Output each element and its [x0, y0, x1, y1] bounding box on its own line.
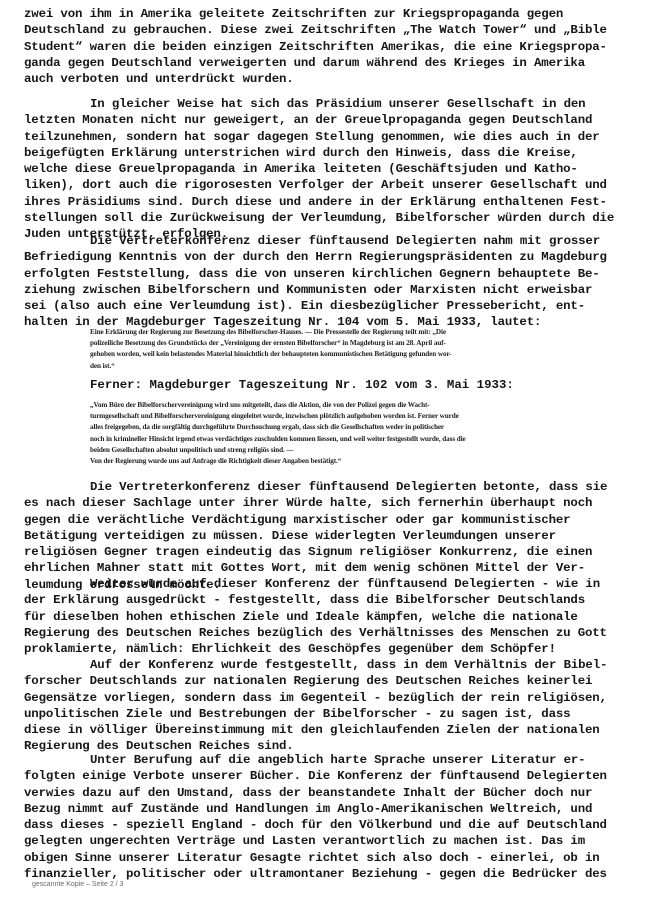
paragraph-praesidium: In gleicher Weise hat sich das Präsidium… — [24, 96, 644, 243]
text-line: proklamierte, nämlich: Ehrlichkeit des G… — [24, 641, 644, 657]
text-line: Betätigung verteidigen zu müssen. Diese … — [24, 528, 644, 544]
text-line: teilzunehmen, sondern hat sogar dagegen … — [24, 129, 644, 145]
text-line: Bezug nimmt auf Zustände und Handlungen … — [24, 801, 644, 817]
text-line: forscher Deutschlands zur nationalen Reg… — [24, 673, 644, 689]
text-line: letzten Monaten nicht nur geweigert, an … — [24, 112, 644, 128]
text-line: gelegten ungerechten Verträge und Lasten… — [24, 833, 644, 849]
text-line: verwies dazu auf den Umstand, dass der b… — [24, 785, 644, 801]
quote-line: den ist.“ — [90, 361, 635, 372]
text-line: ihres Präsidiums sind. Durch diese und a… — [24, 194, 644, 210]
text-line: erfolgten Feststellung, dass die von uns… — [24, 266, 644, 282]
quote-line: alles freigegeben, da die sorgfältig dur… — [90, 422, 635, 433]
document-page: zwei von ihm in Amerika geleitete Zeitsc… — [0, 0, 660, 900]
text-line: folgten einige Verbote unserer Bücher. D… — [24, 768, 644, 784]
quote-line: polizeiliche Besetzung des Grundstücks d… — [90, 338, 635, 349]
text-line: der Erklärung ausgedrückt - festgestellt… — [24, 592, 644, 608]
text-line: unpolitischen Ziele und Bestrebungen der… — [24, 706, 644, 722]
quote-line: gehoben worden, weil kein belastendes Ma… — [90, 349, 635, 360]
text-line: auch verboten und unterdrückt wurden. — [24, 71, 644, 87]
quote-line: beiden Gesellschaften absolut unpolitisc… — [90, 445, 635, 456]
text-line: diese in völliger Übereinstimmung mit de… — [24, 722, 644, 738]
quote-line: Von der Regierung wurde uns auf Anfrage … — [90, 456, 635, 467]
text-line: Befriedigung Kenntnis von der durch den … — [24, 249, 644, 265]
text-line: ganda gegen Deutschland verweigerten und… — [24, 55, 644, 71]
text-line: Gegensätze vorliegen, sondern dass im Ge… — [24, 690, 644, 706]
text-line: Die Vertreterkonferenz dieser fünftausen… — [24, 479, 644, 495]
text-line: ehrlichen Mahner statt mit Gottes Wort, … — [24, 560, 644, 576]
text-line: religiösen Gegner tragen eindeutig das S… — [24, 544, 644, 560]
press-quote-1: Eine Erklärung der Regierung zur Besetzu… — [90, 327, 635, 372]
quote-line: noch in krimineller Hinsicht irgend etwa… — [90, 434, 635, 445]
text-line: In gleicher Weise hat sich das Präsidium… — [24, 96, 644, 112]
text-line: es nach dieser Sachlage unter ihrer Würd… — [24, 495, 644, 511]
text-line: sei (also auch eine Verleumdung ist). Ei… — [24, 298, 644, 314]
text-line: zwei von ihm in Amerika geleitete Zeitsc… — [24, 6, 644, 22]
text-line: Unter Berufung auf die angeblich harte S… — [24, 752, 644, 768]
text-line: Die Vertreterkonferenz dieser fünftausen… — [24, 233, 644, 249]
press-quote-2: „Vom Büro der Bibelforschervereinigung w… — [90, 400, 635, 467]
paragraph-konferenz: Auf der Konferenz wurde festgestellt, da… — [24, 657, 644, 755]
text-line: dass dieses - speziell England - doch fü… — [24, 817, 644, 833]
text-line: finanzieller, politischer oder ultramont… — [24, 866, 644, 882]
text-line: stellungen soll die Zurückweisung der Ve… — [24, 210, 644, 226]
text-line: für dieselben hohen ethischen Ziele und … — [24, 609, 644, 625]
quote-line: „Vom Büro der Bibelforschervereinigung w… — [90, 400, 635, 411]
paragraph-berufung: Unter Berufung auf die angeblich harte S… — [24, 752, 644, 882]
text-line: ziehung zwischen Bibelforschern und Komm… — [24, 282, 644, 298]
text-line: Deutschland zu gebrauchen. Diese zwei Ze… — [24, 22, 644, 38]
text-line: liken), dort auch die rigorosesten Verfo… — [24, 177, 644, 193]
quote-line: Eine Erklärung der Regierung zur Besetzu… — [90, 327, 635, 338]
text-line: obigen Sinne unserer Literatur Gesagte r… — [24, 850, 644, 866]
text-line: Regierung des Deutschen Reiches bezüglic… — [24, 625, 644, 641]
quote-source-heading: Ferner: Magdeburger Tageszeitung Nr. 102… — [90, 378, 514, 392]
paragraph-continuation: zwei von ihm in Amerika geleitete Zeitsc… — [24, 6, 644, 87]
text-line: gegen die verächtliche Verdächtigung mar… — [24, 512, 644, 528]
paragraph-weiter: Weiter wurde auf dieser Konferenz der fü… — [24, 576, 644, 657]
text-line: welche diese Greuelpropaganda in Amerika… — [24, 161, 644, 177]
text-line: Student“ waren die beiden einzigen Zeits… — [24, 39, 644, 55]
text-line: Auf der Konferenz wurde festgestellt, da… — [24, 657, 644, 673]
text-line: beigefügten Erklärung unterstrichen wird… — [24, 145, 644, 161]
quote-line: turmgesellschaft und Bibelforscherverein… — [90, 411, 635, 422]
text-line: Weiter wurde auf dieser Konferenz der fü… — [24, 576, 644, 592]
paragraph-vertreterkonferenz-1: Die Vertreterkonferenz dieser fünftausen… — [24, 233, 644, 331]
page-footer: gescannte Kopie – Seite 2 / 3 — [32, 881, 123, 888]
